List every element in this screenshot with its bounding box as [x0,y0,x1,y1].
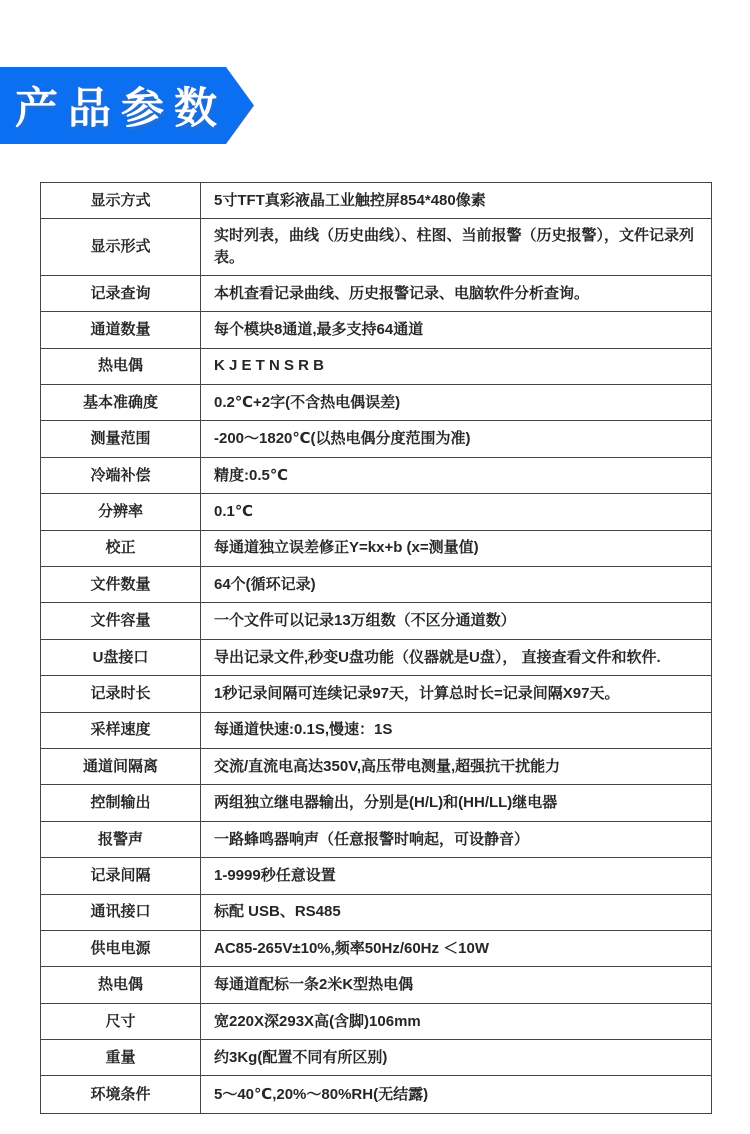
param-value: 0.1℃ [201,494,711,529]
param-label: 测量范围 [41,421,201,456]
table-row: 采样速度每通道快速:0.1S,慢速：1S [41,713,711,749]
table-row: 环境条件5～40℃,20%～80%RH(无结露) [41,1076,711,1112]
table-row: 记录时长1秒记录间隔可连续记录97天，计算总时长=记录间隔X97天。 [41,676,711,712]
table-row: 控制输出两组独立继电器输出，分别是(H/L)和(HH/LL)继电器 [41,785,711,821]
param-value: 每个模块8通道,最多支持64通道 [201,312,711,347]
param-label: 显示方式 [41,183,201,218]
table-row: 记录间隔1-9999秒任意设置 [41,858,711,894]
table-row: 尺寸宽220X深293X高(含脚)106mm [41,1004,711,1040]
table-row: 文件容量一个文件可以记录13万组数（不区分通道数） [41,603,711,639]
spec-table: 显示方式5寸TFT真彩液晶工业触控屏854*480像素显示形式实时列表，曲线（历… [40,182,712,1114]
param-label: 记录时长 [41,676,201,711]
param-value: 一路蜂鸣器响声（任意报警时响起，可设静音） [201,822,711,857]
param-value: 0.2℃+2字(不含热电偶误差) [201,385,711,420]
param-label: 热电偶 [41,349,201,384]
param-label: 文件容量 [41,603,201,638]
banner-title: 产品参数 [0,75,227,136]
table-row: 热电偶K J E T N S R B [41,349,711,385]
param-label: 报警声 [41,822,201,857]
param-label: 通讯接口 [41,895,201,930]
param-value: 每通道配标一条2米K型热电偶 [201,967,711,1002]
table-row: 报警声一路蜂鸣器响声（任意报警时响起，可设静音） [41,822,711,858]
table-row: 通道间隔离交流/直流电高达350V,高压带电测量,超强抗干扰能力 [41,749,711,785]
param-value: AC85-265V±10%,频率50Hz/60Hz ＜10W [201,931,711,966]
param-value: 精度:0.5℃ [201,458,711,493]
param-label: U盘接口 [41,640,201,675]
param-value: -200～1820℃(以热电偶分度范围为准) [201,421,711,456]
param-value: K J E T N S R B [201,349,711,384]
table-row: 热电偶每通道配标一条2米K型热电偶 [41,967,711,1003]
param-label: 采样速度 [41,713,201,748]
param-label: 通道数量 [41,312,201,347]
param-value: 约3Kg(配置不同有所区别) [201,1040,711,1075]
table-row: 文件数量64个(循环记录) [41,567,711,603]
param-value: 5寸TFT真彩液晶工业触控屏854*480像素 [201,183,711,218]
param-value: 宽220X深293X高(含脚)106mm [201,1004,711,1039]
param-label: 通道间隔离 [41,749,201,784]
param-label: 记录查询 [41,276,201,311]
table-row: 记录查询本机查看记录曲线、历史报警记录、电脑软件分析查询。 [41,276,711,312]
param-value: 每通道快速:0.1S,慢速：1S [201,713,711,748]
param-label: 记录间隔 [41,858,201,893]
param-value: 5～40℃,20%～80%RH(无结露) [201,1076,711,1112]
param-label: 重量 [41,1040,201,1075]
param-value: 导出记录文件,秒变U盘功能（仪器就是U盘）， 直接查看文件和软件. [201,640,711,675]
param-label: 尺寸 [41,1004,201,1039]
table-row: 显示方式5寸TFT真彩液晶工业触控屏854*480像素 [41,183,711,219]
table-row: 分辨率0.1℃ [41,494,711,530]
param-value: 每通道独立误差修正Y=kx+b (x=测量值) [201,531,711,566]
table-row: 通道数量每个模块8通道,最多支持64通道 [41,312,711,348]
param-value: 标配 USB、RS485 [201,895,711,930]
param-value: 两组独立继电器输出，分别是(H/L)和(HH/LL)继电器 [201,785,711,820]
param-label: 供电电源 [41,931,201,966]
product-params-banner: 产品参数 [0,67,254,144]
param-value: 一个文件可以记录13万组数（不区分通道数） [201,603,711,638]
param-value: 本机查看记录曲线、历史报警记录、电脑软件分析查询。 [201,276,711,311]
param-label: 热电偶 [41,967,201,1002]
param-label: 显示形式 [41,219,201,275]
param-label: 基本准确度 [41,385,201,420]
param-value: 64个(循环记录) [201,567,711,602]
table-row: 基本准确度0.2℃+2字(不含热电偶误差) [41,385,711,421]
param-value: 1秒记录间隔可连续记录97天，计算总时长=记录间隔X97天。 [201,676,711,711]
table-row: 校正每通道独立误差修正Y=kx+b (x=测量值) [41,531,711,567]
table-row: 测量范围-200～1820℃(以热电偶分度范围为准) [41,421,711,457]
table-row: 通讯接口标配 USB、RS485 [41,895,711,931]
table-row: 重量约3Kg(配置不同有所区别) [41,1040,711,1076]
table-row: 显示形式实时列表，曲线（历史曲线）、柱图、当前报警（历史报警），文件记录列表。 [41,219,711,276]
table-row: 冷端补偿精度:0.5℃ [41,458,711,494]
param-value: 1-9999秒任意设置 [201,858,711,893]
param-label: 分辨率 [41,494,201,529]
param-label: 文件数量 [41,567,201,602]
param-value: 交流/直流电高达350V,高压带电测量,超强抗干扰能力 [201,749,711,784]
param-value: 实时列表，曲线（历史曲线）、柱图、当前报警（历史报警），文件记录列表。 [201,219,711,275]
param-label: 冷端补偿 [41,458,201,493]
param-label: 控制输出 [41,785,201,820]
param-label: 环境条件 [41,1076,201,1112]
param-label: 校正 [41,531,201,566]
table-row: U盘接口导出记录文件,秒变U盘功能（仪器就是U盘）， 直接查看文件和软件. [41,640,711,676]
table-row: 供电电源AC85-265V±10%,频率50Hz/60Hz ＜10W [41,931,711,967]
